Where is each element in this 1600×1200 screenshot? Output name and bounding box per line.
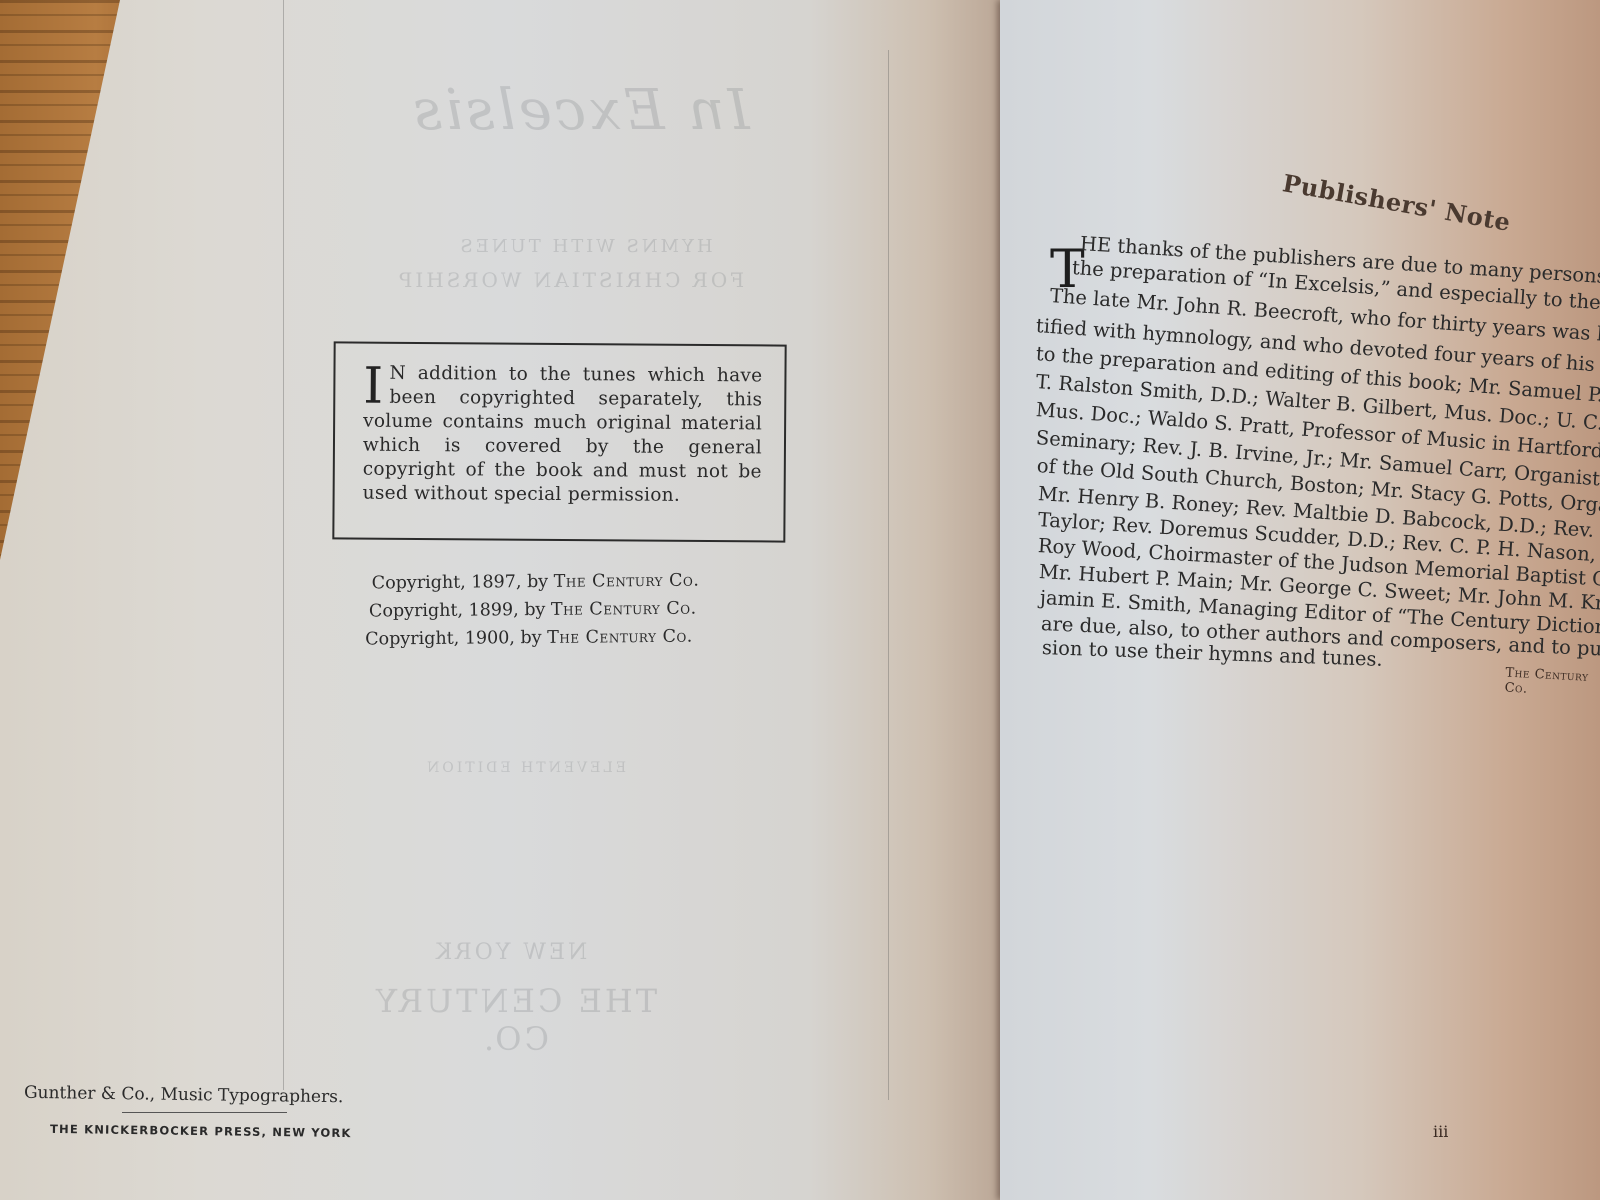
copyright-line: Copyright, 1900, by The Century Co. [365,623,700,654]
note-signature: The Century Co. [1504,666,1600,701]
page-margin-rule [888,50,889,1100]
show-through-imprint-2: THE CENTURY CO. [350,982,680,1058]
show-through-subtitle-2: FOR CHRISTIAN WORSHIP [370,268,770,292]
show-through-subtitle-1: HYMNS WITH TUNES [400,236,770,257]
notice-text: N addition to the tunes which have been … [363,363,763,506]
page-margin-rule [283,0,284,1090]
left-page: In Excelsis HYMNS WITH TUNES FOR CHRISTI… [0,0,1010,1200]
show-through-imprint-1: NEW YORK [420,940,600,965]
page-number: iii [1433,1122,1448,1141]
printer-credit: Gunther & Co., Music Typographers. [24,1083,344,1107]
notice-drop-cap: I [363,366,383,406]
copyright-year: Copyright, 1900, by [365,628,547,650]
copyright-notice-box: IN addition to the tunes which have been… [332,341,786,542]
copyright-holder: The Century Co. [554,571,700,592]
copyright-year: Copyright, 1899, by [369,600,551,622]
press-imprint: THE KNICKERBOCKER PRESS, NEW YORK [50,1122,352,1140]
copyright-line: Copyright, 1899, by The Century Co. [369,595,700,626]
copyright-year: Copyright, 1897, by [372,572,554,594]
copyright-holder: The Century Co. [547,627,693,648]
copyright-line: Copyright, 1897, by The Century Co. [372,567,700,598]
show-through-title: In Excelsis [380,78,780,143]
printer-rule [122,1112,287,1113]
show-through-edition: ELEVENTH EDITION [410,760,640,776]
copyright-holder: The Century Co. [551,599,697,620]
copyright-list: Copyright, 1897, by The Century Co. Copy… [372,567,700,654]
copyright-notice: IN addition to the tunes which have been… [363,362,763,509]
